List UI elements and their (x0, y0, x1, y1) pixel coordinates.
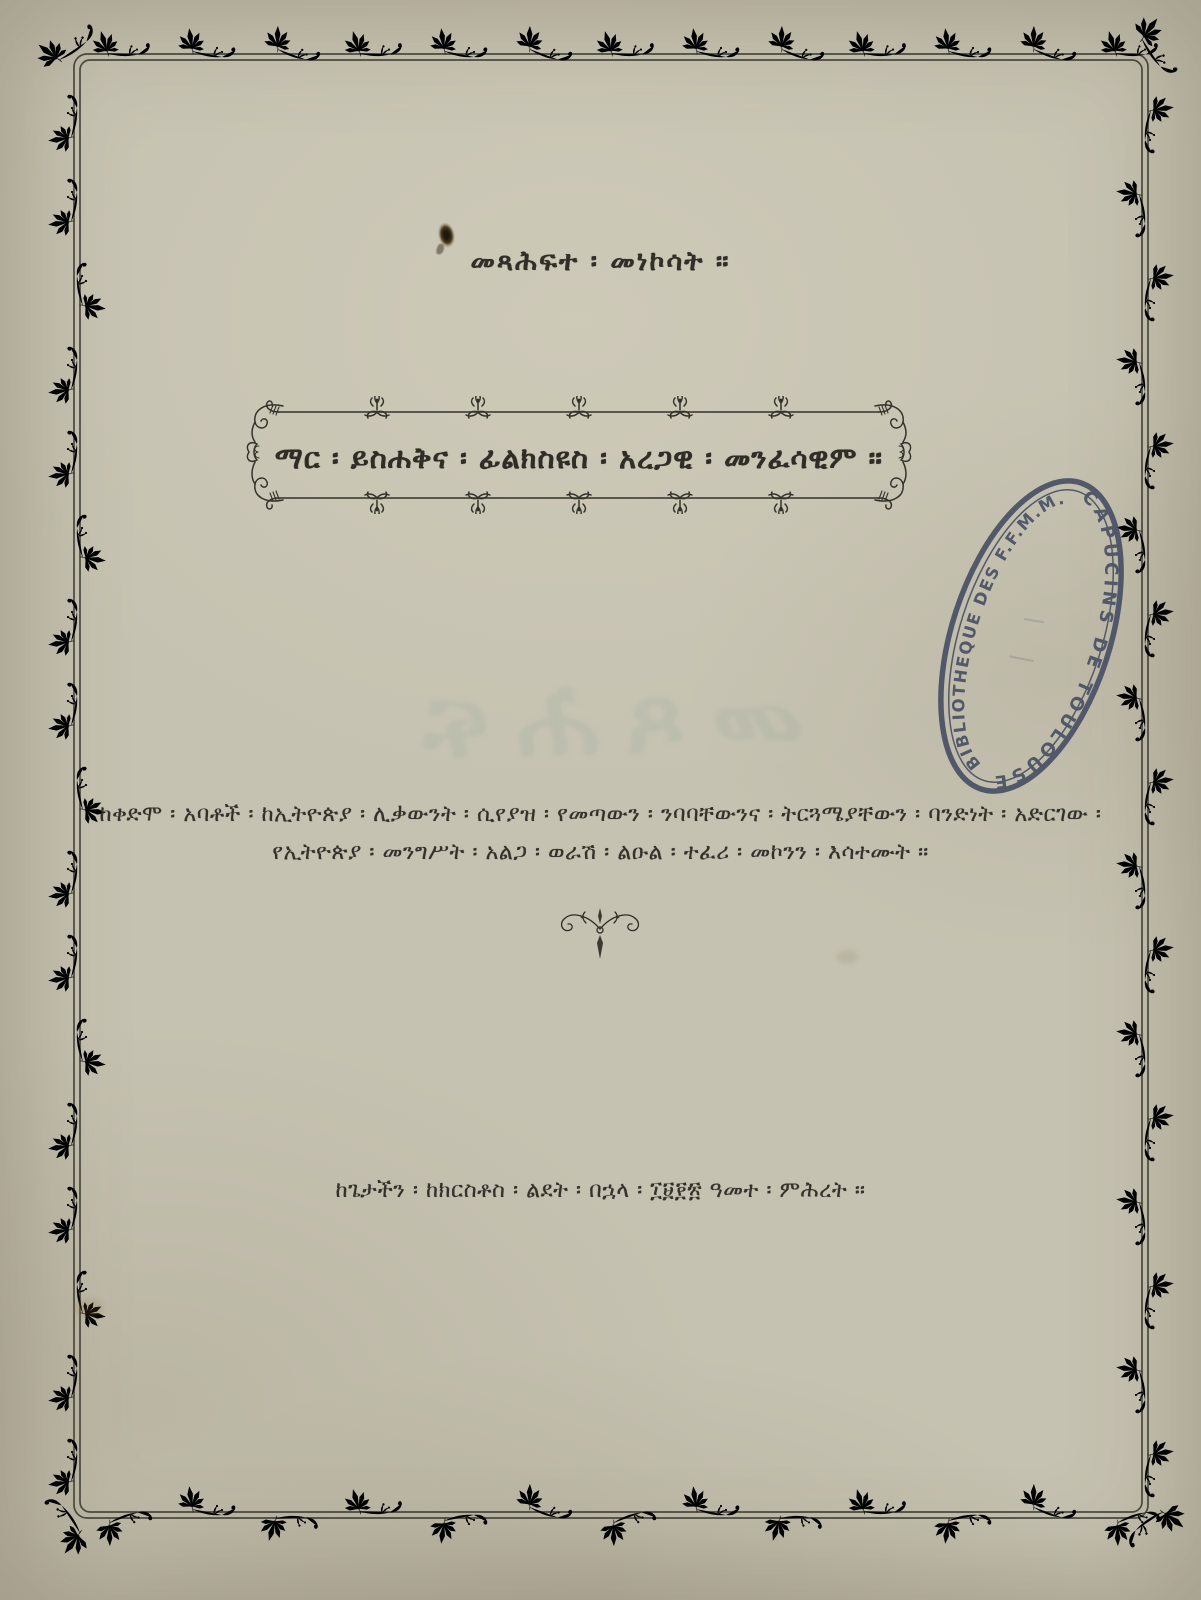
title-cartouche: ማር ፡ ይስሐቅና ፡ ፊልክስዩስ ፡ አረጋዊ ፡ መንፈሳዊም ። (243, 396, 915, 514)
statement-line-1: ከቀድሞ ፡ አባቶች ፡ ከኢትዮጵያ ፡ ሊቃውንት ፡ ሲየያዝ ፡ የመ… (0, 796, 1201, 834)
foxing-stain (74, 1298, 104, 1318)
library-oval-stamp: BIBLIOTHEQUE DES F.F.M.M. CAPUCINS DE TO… (895, 450, 1167, 822)
fleuron-divider-icon (530, 903, 670, 963)
scanned-title-page: መጻሕፍተ ፡ መነኮሳት ። (0, 0, 1201, 1600)
imprint-date-line: ከጌታችን ፡ ከክርስቶስ ፡ ልደት ፡ በኋላ ፡ ፲፱፻፳ ዓመተ ፡ … (0, 1178, 1201, 1203)
book-title: ማር ፡ ይስሐቅና ፡ ፊልክስዩስ ፡ አረጋዊ ፡ መንፈሳዊም ። (243, 396, 915, 514)
stamp-center-smudge (1010, 616, 1046, 664)
series-header: መጻሕፍተ ፡ መነኮሳት ። (0, 246, 1201, 278)
publication-statement: ከቀድሞ ፡ አባቶች ፡ ከኢትዮጵያ ፡ ሊቃውንት ፡ ሲየያዝ ፡ የመ… (0, 796, 1201, 872)
statement-line-2: የኢትዮጵያ ፡ መንግሥት ፡ አልጋ ፡ ወራሽ ፡ ልዑል ፡ ተፈሪ ፡… (0, 834, 1201, 872)
foxing-stain (836, 950, 858, 964)
